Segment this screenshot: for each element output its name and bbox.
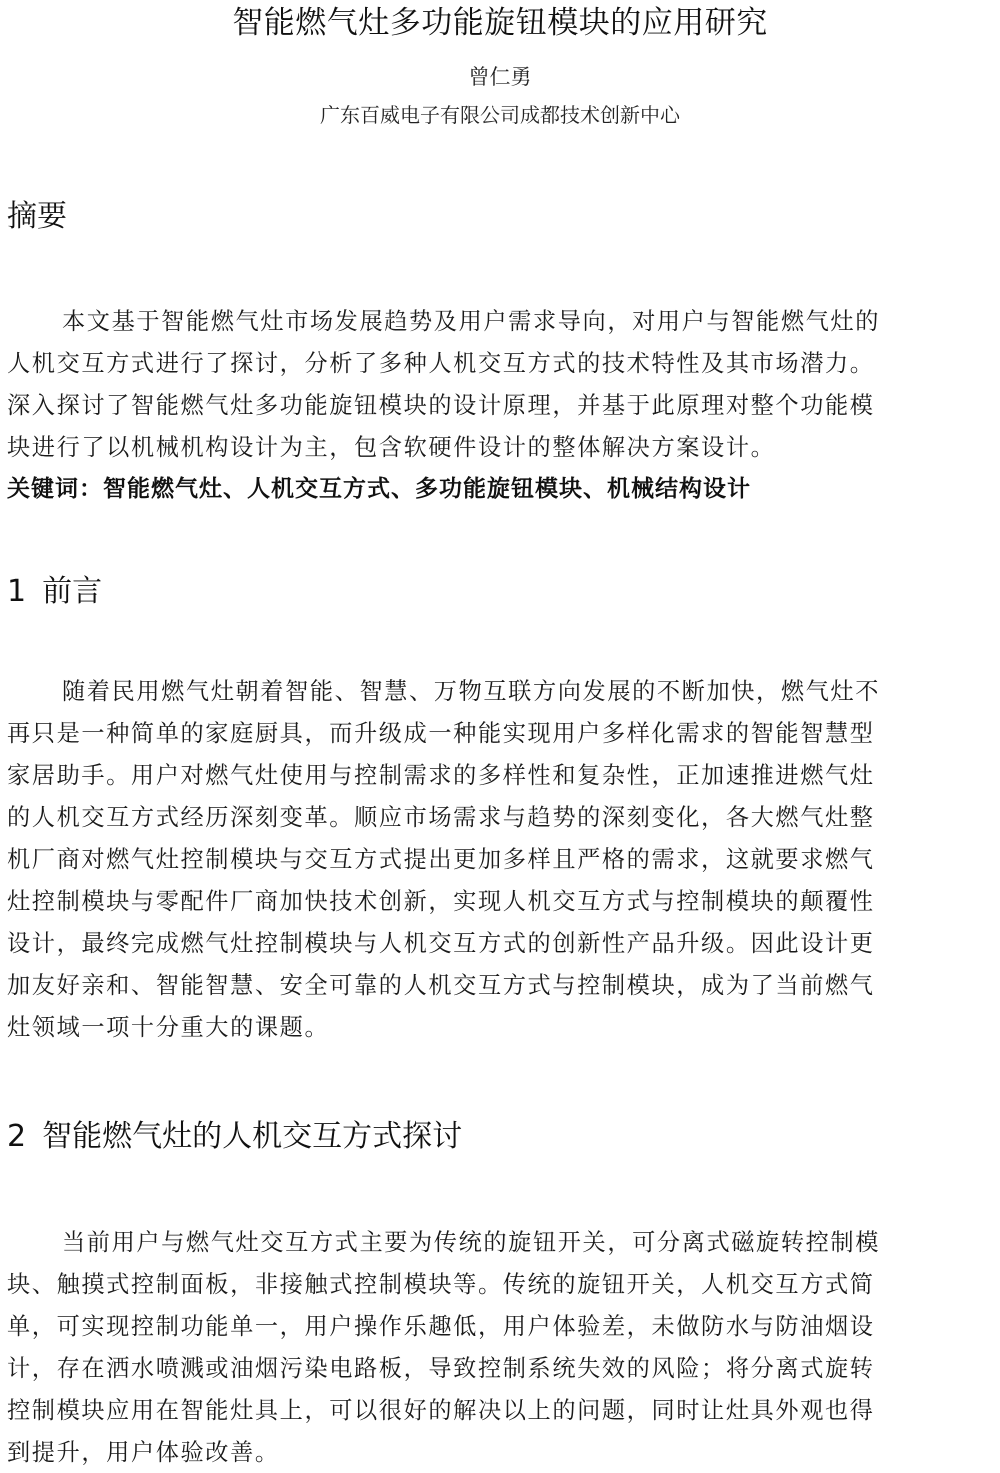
body-line: 随着民用燃气灶朝着智能、智慧、万物互联方向发展的不断加快，燃气灶不 <box>7 671 990 713</box>
abstract-line: 深入探讨了智能燃气灶多功能旋钮模块的设计原理，并基于此原理对整个功能模 <box>7 385 990 427</box>
author-affiliation: 广东百威电子有限公司成都技术创新中心 <box>0 98 1000 132</box>
abstract-body: 本文基于智能燃气灶市场发展趋势及用户需求导向，对用户与智能燃气灶的 人机交互方式… <box>7 301 990 469</box>
abstract-line: 本文基于智能燃气灶市场发展趋势及用户需求导向，对用户与智能燃气灶的 <box>7 301 990 343</box>
section-heading-hci-discussion: 2智能燃气灶的人机交互方式探讨 <box>7 1116 462 1158</box>
section-number: 1 <box>7 571 26 613</box>
section-number: 2 <box>7 1116 26 1158</box>
author-name: 曾仁勇 <box>0 60 1000 94</box>
document-page: 智能燃气灶多功能旋钮模块的应用研究 曾仁勇 广东百威电子有限公司成都技术创新中心… <box>0 0 1000 1473</box>
section-2-body: 当前用户与燃气灶交互方式主要为传统的旋钮开关，可分离式磁旋转控制模 块、触摸式控… <box>7 1222 990 1473</box>
section-title: 智能燃气灶的人机交互方式探讨 <box>42 1119 462 1154</box>
body-line: 加友好亲和、智能智慧、安全可靠的人机交互方式与控制模块，成为了当前燃气 <box>7 965 990 1007</box>
body-line: 再只是一种简单的家庭厨具，而升级成一种能实现用户多样化需求的智能智慧型 <box>7 713 990 755</box>
abstract-line: 人机交互方式进行了探讨，分析了多种人机交互方式的技术特性及其市场潜力。 <box>7 343 990 385</box>
abstract-heading: 摘要 <box>7 196 67 238</box>
keywords: 关键词：智能燃气灶、人机交互方式、多功能旋钮模块、机械结构设计 <box>7 468 751 510</box>
section-title: 前言 <box>42 574 102 609</box>
abstract-line: 块进行了以机械机构设计为主，包含软硬件设计的整体解决方案设计。 <box>7 427 990 469</box>
body-line: 到提升，用户体验改善。 <box>7 1432 990 1473</box>
body-line: 当前用户与燃气灶交互方式主要为传统的旋钮开关，可分离式磁旋转控制模 <box>7 1222 990 1264</box>
section-1-body: 随着民用燃气灶朝着智能、智慧、万物互联方向发展的不断加快，燃气灶不 再只是一种简… <box>7 671 990 1049</box>
body-line: 灶领域一项十分重大的课题。 <box>7 1007 990 1049</box>
body-line: 控制模块应用在智能灶具上，可以很好的解决以上的问题，同时让灶具外观也得 <box>7 1390 990 1432</box>
body-line: 家居助手。用户对燃气灶使用与控制需求的多样性和复杂性，正加速推进燃气灶 <box>7 755 990 797</box>
body-line: 灶控制模块与零配件厂商加快技术创新，实现人机交互方式与控制模块的颠覆性 <box>7 881 990 923</box>
body-line: 机厂商对燃气灶控制模块与交互方式提出更加多样且严格的需求，这就要求燃气 <box>7 839 990 881</box>
body-line: 块、触摸式控制面板，非接触式控制模块等。传统的旋钮开关，人机交互方式简 <box>7 1264 990 1306</box>
body-line: 设计，最终完成燃气灶控制模块与人机交互方式的创新性产品升级。因此设计更 <box>7 923 990 965</box>
paper-title: 智能燃气灶多功能旋钮模块的应用研究 <box>0 2 1000 44</box>
section-heading-introduction: 1前言 <box>7 571 102 613</box>
body-line: 单，可实现控制功能单一，用户操作乐趣低，用户体验差，未做防水与防油烟设 <box>7 1306 990 1348</box>
body-line: 的人机交互方式经历深刻变革。顺应市场需求与趋势的深刻变化，各大燃气灶整 <box>7 797 990 839</box>
body-line: 计，存在洒水喷溅或油烟污染电路板，导致控制系统失效的风险；将分离式旋转 <box>7 1348 990 1390</box>
